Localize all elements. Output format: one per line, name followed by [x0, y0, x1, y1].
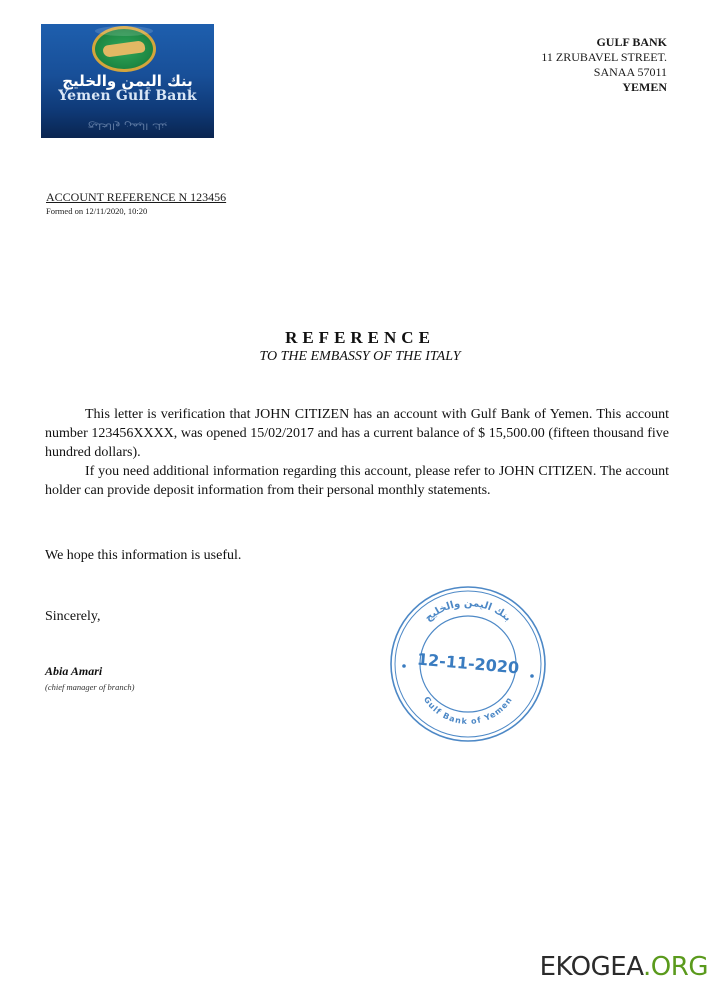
svg-text:بنك اليمن والخليج: بنك اليمن والخليج [423, 598, 513, 624]
address-country: YEMEN [541, 80, 667, 95]
sign-off: Sincerely, [45, 609, 100, 625]
stamp-icon: بنك اليمن والخليج Gulf Bank of Yemen 12-… [388, 584, 548, 744]
svg-text:12-11-2020: 12-11-2020 [416, 650, 520, 678]
body-paragraph-2: If you need additional information regar… [45, 462, 669, 500]
formed-date: Formed on 12/11/2020, 10:20 [46, 206, 147, 216]
document-subtitle: TO THE EMBASSY OF THE ITALY [0, 349, 720, 365]
body-paragraph-1: This letter is verification that JOHN CI… [45, 405, 669, 462]
watermark: EKOGEA.ORG [540, 952, 708, 982]
watermark-part2: .ORG [643, 952, 708, 982]
logo-reflection: بنك اليمن والخليج [41, 121, 214, 131]
address-bank-name: GULF BANK [541, 35, 667, 50]
signer-name: Abia Amari [45, 664, 102, 679]
bank-stamp: بنك اليمن والخليج Gulf Bank of Yemen 12-… [388, 584, 548, 744]
letter-body: This letter is verification that JOHN CI… [45, 405, 669, 500]
bank-logo: بنك اليمن والخليج Yemen Gulf Bank بنك ال… [41, 24, 214, 138]
bank-address: GULF BANK 11 ZRUBAVEL STREET. SANAA 5701… [541, 35, 667, 95]
address-street: 11 ZRUBAVEL STREET. [541, 50, 667, 65]
logo-english-text: Yemen Gulf Bank [41, 88, 214, 104]
closing-line: We hope this information is useful. [45, 548, 241, 564]
signer-title: (chief manager of branch) [45, 682, 134, 692]
account-reference: ACCOUNT REFERENCE N 123456 [46, 190, 226, 205]
document-title: REFERENCE [0, 328, 720, 348]
handshake-emblem-icon [92, 26, 156, 72]
watermark-part1: EKOGEA [540, 952, 643, 982]
address-city: SANAA 57011 [541, 65, 667, 80]
